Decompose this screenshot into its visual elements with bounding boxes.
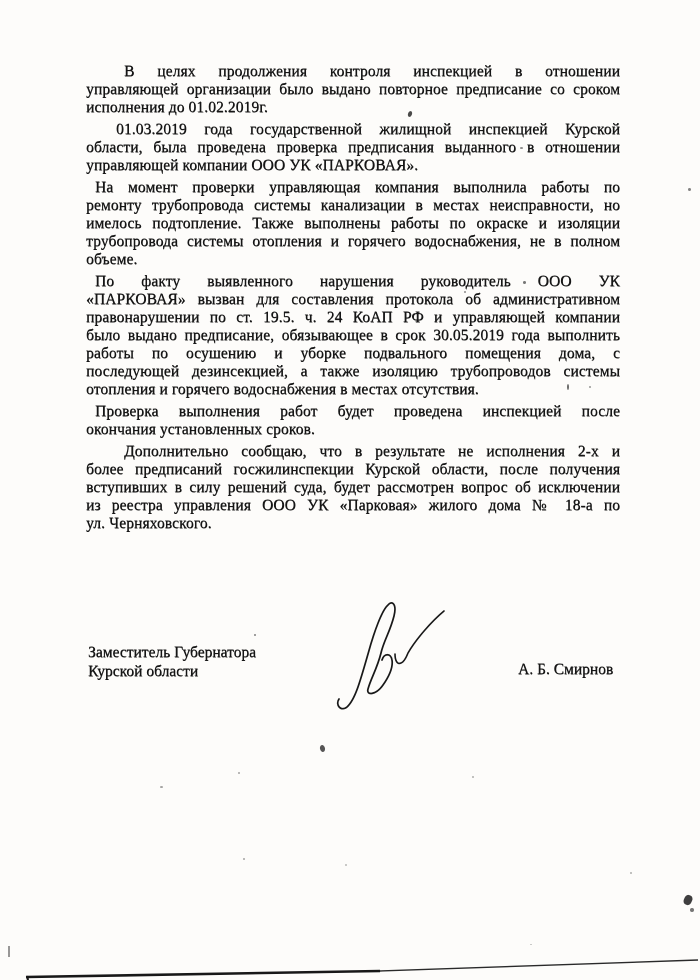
scan-speckle xyxy=(345,864,347,866)
letter-body: В целях продолжения контроля инспекцией … xyxy=(86,63,620,533)
text-line: ул. Черняховского. xyxy=(86,515,620,533)
text-line: исполнения до 01.02.2019г. xyxy=(86,99,620,117)
document-page: В целях продолжения контроля инспекцией … xyxy=(0,0,700,980)
scan-speckle xyxy=(682,894,693,906)
text-line: управляющей компании ООО УК «ПАРКОВАЯ». xyxy=(86,157,620,175)
text-line: Дополнительно сообщаю, что в результате … xyxy=(86,443,620,461)
text-line: последующей дезинсекцией, а также изоляц… xyxy=(86,363,620,381)
scan-speckle xyxy=(472,776,474,778)
text-line: более предписаний госжилинспекции Курско… xyxy=(86,461,620,479)
text-line: из реестра управления ООО УК «Парковая» … xyxy=(86,497,620,515)
signoff-position-line2: Курской области xyxy=(88,662,256,681)
text-line: ремонту трубопровода системы канализации… xyxy=(86,197,620,215)
scan-speckle xyxy=(530,944,532,945)
text-line: На момент проверки управляющая компания … xyxy=(86,179,620,197)
paragraph: В целях продолжения контроля инспекцией … xyxy=(86,63,620,117)
scan-speckle xyxy=(690,908,694,912)
paragraph: 01.03.2019 года государственной жилищной… xyxy=(86,121,620,175)
paragraph: По факту выявленного нарушения руководит… xyxy=(86,273,620,399)
paragraph: Проверка выполнения работ будет проведен… xyxy=(86,403,620,439)
text-line: было выдано предписание, обязывающее в с… xyxy=(86,327,620,345)
text-line: управляющей организации было выдано повт… xyxy=(86,81,620,99)
text-line: Проверка выполнения работ будет проведен… xyxy=(86,403,620,421)
scan-speckle xyxy=(589,386,591,388)
text-line: работы по осушению и уборке подвального … xyxy=(86,345,620,363)
scan-speckle xyxy=(523,281,526,284)
scan-speckle xyxy=(254,634,256,636)
scan-speckle xyxy=(567,384,569,390)
scan-speckle xyxy=(160,786,163,788)
text-line: отопления и горячего водоснабжения в мес… xyxy=(86,381,620,399)
text-line: окончания установленных сроков. xyxy=(86,421,620,439)
text-line: правонарушении по ст. 19.5. ч. 24 КоАП Р… xyxy=(86,309,620,327)
signoff-position-line1: Заместитель Губернатора xyxy=(88,643,256,662)
scan-speckle xyxy=(520,147,523,149)
text-line: области, была проведена проверка предпис… xyxy=(86,139,620,157)
signoff-position: Заместитель Губернатора Курской области xyxy=(88,643,256,681)
text-line: трубопровода системы отопления и горячег… xyxy=(86,233,620,251)
text-line: По факту выявленного нарушения руководит… xyxy=(86,273,620,291)
scan-speckle xyxy=(319,744,326,752)
text-line: вступивших в силу решений суда, будет ра… xyxy=(86,479,620,497)
scan-speckle xyxy=(8,946,10,957)
text-line: имелось подтопление. Также выполнены раб… xyxy=(86,215,620,233)
scan-edge-line xyxy=(0,950,700,980)
text-line: объеме. xyxy=(86,251,620,269)
scan-speckle xyxy=(688,188,691,191)
signoff-name: А. Б. Смирнов xyxy=(518,661,613,679)
text-line: В целях продолжения контроля инспекцией … xyxy=(86,63,620,81)
paragraph: Дополнительно сообщаю, что в результате … xyxy=(86,443,620,533)
handwritten-signature-icon xyxy=(330,592,460,727)
scan-speckle xyxy=(464,291,466,293)
scan-speckle xyxy=(243,858,245,860)
paragraph: На момент проверки управляющая компания … xyxy=(86,179,620,269)
scan-speckle xyxy=(630,872,632,874)
text-line: «ПАРКОВАЯ» вызван для составления проток… xyxy=(86,291,620,309)
text-line: 01.03.2019 года государственной жилищной… xyxy=(86,121,620,139)
scan-speckle xyxy=(238,772,240,774)
